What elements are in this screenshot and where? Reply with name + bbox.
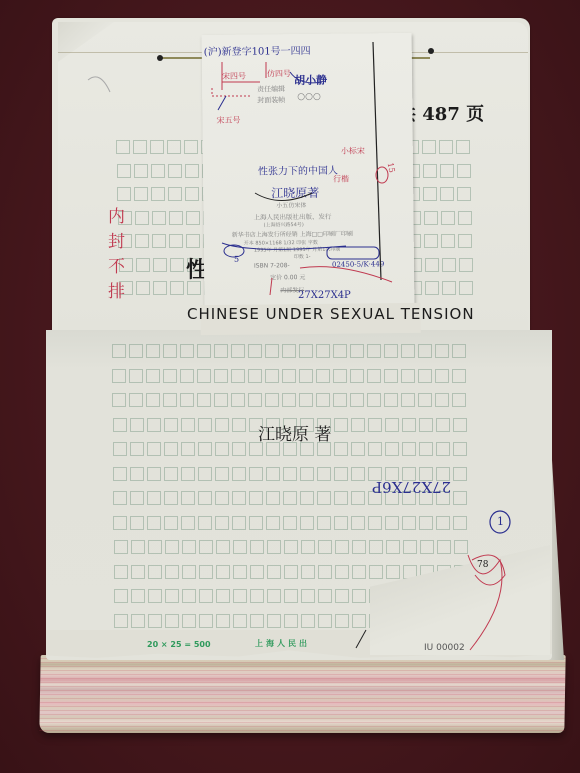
slip-isbn-suffix: 02450-5/K·449 [332,260,384,269]
copyright-slip: (沪)新登字101号一四四 宋四号 仿四号 责任编辑 封面装帧 胡小静 ○○○ … [202,33,415,307]
page-marker: 78 [477,560,488,570]
footer-grid-spec: 20 × 25 = 500 [147,640,211,649]
size-note-main: 27X27X6P [372,478,451,496]
footer-code: IU 00002 [424,643,465,653]
slip-book-title: 性张力下的中国人 [258,162,338,178]
slip-registration-line: (沪)新登字101号一四四 [204,42,311,58]
slip-isbn: ISBN 7-208- [254,262,290,269]
title-english: CHINESE UNDER SEXUAL TENSION [187,305,475,323]
slip-cover-label: 封面装帧 [257,95,285,105]
staple-left [157,55,163,61]
slip-editor-name: 胡小静 [294,72,327,88]
margin-note: 内 封 不 排 [108,205,128,305]
slip-title-annot: 小标宋 [341,145,365,156]
grid-row [112,393,469,407]
slip-author: 江晓原著 [271,184,319,202]
circled-number: 1 [497,515,504,528]
page-stack-edge [39,655,565,733]
slip-size-note: 27X27X4P [298,290,351,301]
slip-print-run: 印数 1- [294,253,311,260]
slip-editor-placeholder: ○○○ [297,92,321,102]
grid-row [112,369,469,383]
slip-editor-label: 责任编辑 [257,84,285,94]
slip-annot-font-1: 宋四号 [222,71,246,82]
slip-annot-font-2: 仿四号 [267,68,291,79]
grid-row [112,344,469,358]
slip-address: (上海绍兴路54号) [264,221,304,228]
slip-annot-font-3: 宋五号 [216,115,240,126]
folded-corner [58,22,114,62]
margin-note-char: 排 [108,280,128,305]
slip-side-annot: 15 [386,162,397,174]
grid-row [114,540,471,554]
margin-note-char: 内 [108,205,128,230]
staple-right [428,48,434,54]
margin-note-char: 不 [108,255,128,280]
author-line: 江晓原 著 [258,420,331,445]
slip-publisher: 上海人民出版社出版、发行 [253,212,331,222]
slip-series: 小五仿宋体 [276,200,306,209]
footer-publisher: 上海人民出 [255,638,310,649]
grid-row [113,516,470,530]
slip-price: 定价 0.00 元 [270,272,305,281]
slip-printer: 新华书店上海发行所经销 上海□□印刷厂印刷 [232,229,353,239]
margin-note-char: 封 [108,230,128,255]
slip-author-annot: 行楷 [333,174,349,185]
slip-circle-mark: 5 [234,255,239,264]
